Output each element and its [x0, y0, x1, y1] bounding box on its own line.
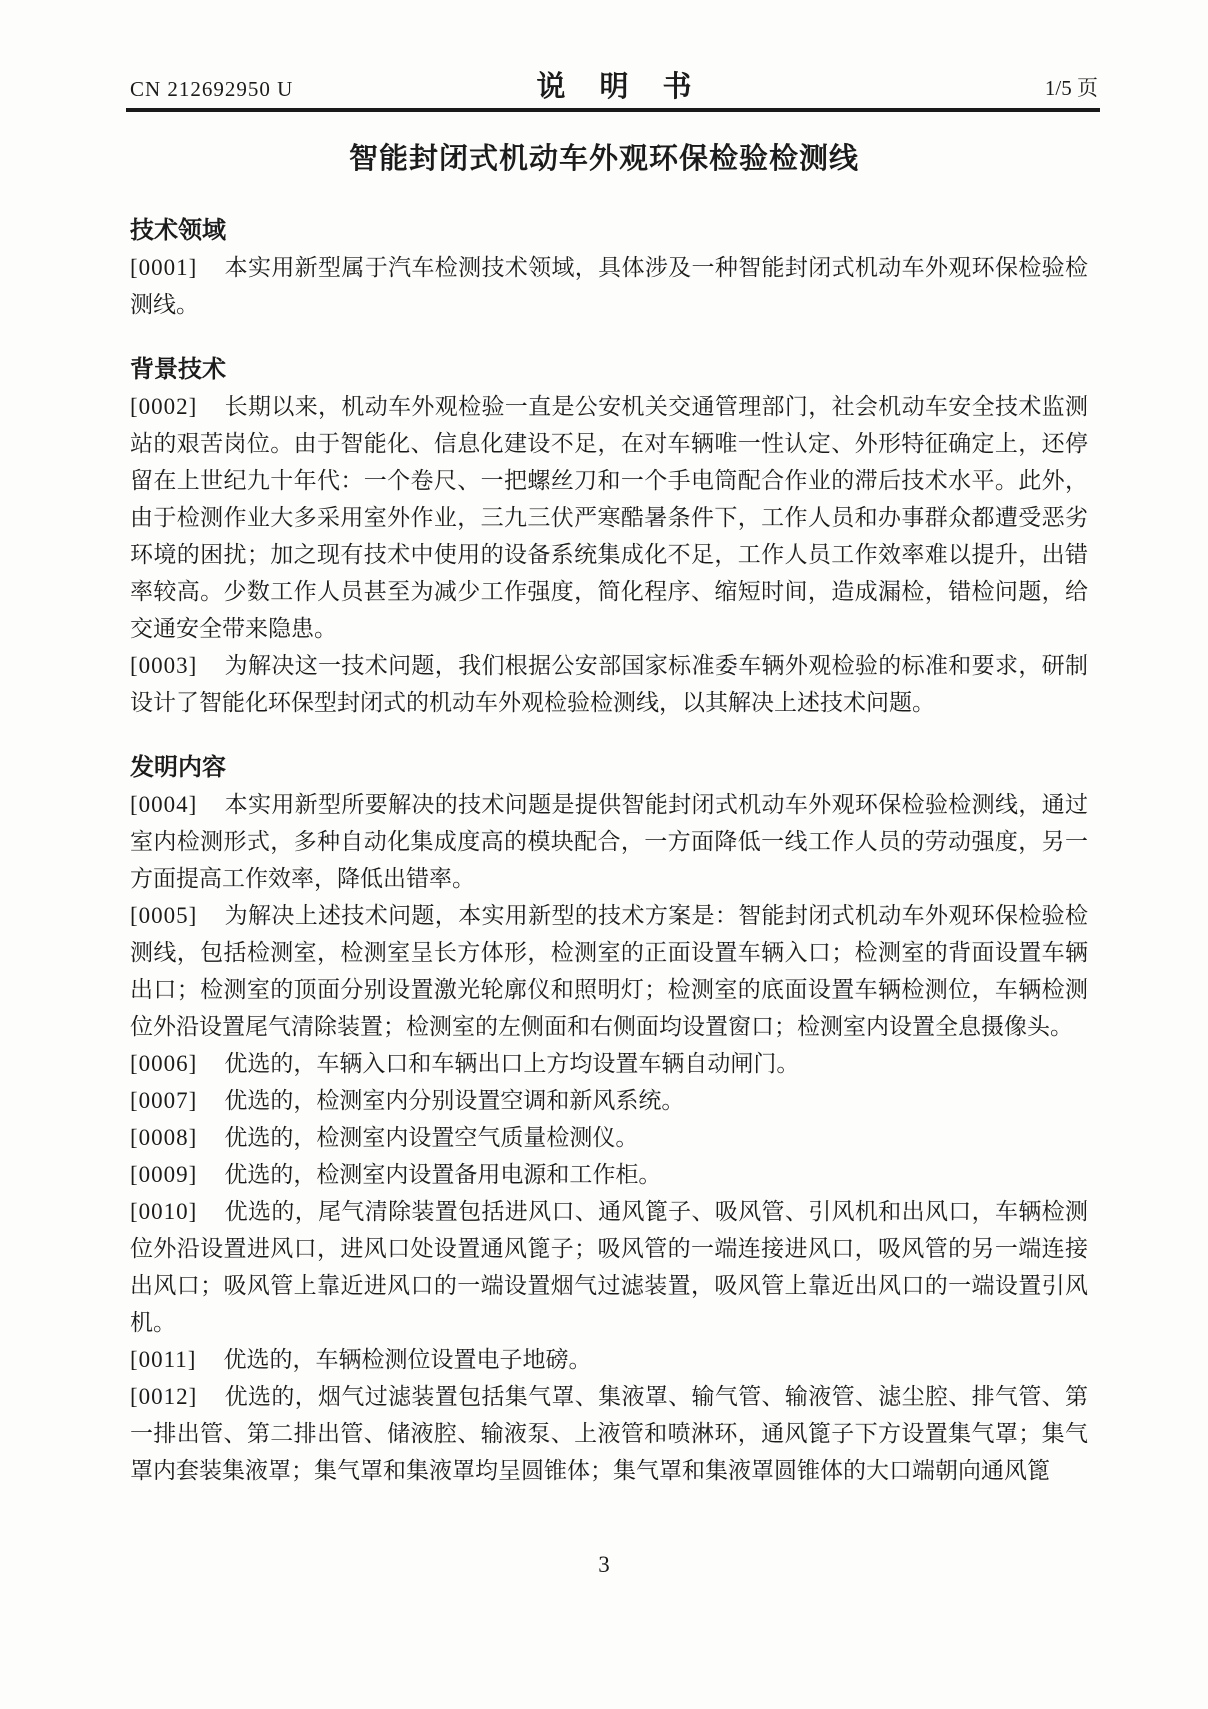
paragraph-text: 优选的，尾气清除装置包括进风口、通风篦子、吸风管、引风机和出风口，车辆检测位外沿… [130, 1199, 1088, 1335]
paragraph-text: 长期以来，机动车外观检验一直是公安机关交通管理部门，社会机动车安全技术监测站的艰… [130, 394, 1088, 641]
paragraph-number: [0011] [130, 1347, 196, 1372]
paragraph-number: [0007] [130, 1088, 197, 1113]
paragraph: [0010]优选的，尾气清除装置包括进风口、通风篦子、吸风管、引风机和出风口，车… [130, 1193, 1088, 1341]
paragraph-text: 为解决这一技术问题，我们根据公安部国家标准委车辆外观检验的标准和要求，研制设计了… [130, 653, 1088, 715]
paragraph: [0002]长期以来，机动车外观检验一直是公安机关交通管理部门，社会机动车安全技… [130, 388, 1088, 647]
paragraph-number: [0006] [130, 1051, 197, 1076]
paragraph-text: 优选的，检测室内设置备用电源和工作柜。 [224, 1162, 661, 1187]
paragraph-number: [0012] [130, 1384, 197, 1409]
header-rule [126, 108, 1100, 112]
page-number: 3 [598, 1552, 610, 1577]
paragraph-number: [0001] [130, 255, 197, 280]
paragraph-number: [0009] [130, 1162, 197, 1187]
section: 背景技术 [0002]长期以来，机动车外观检验一直是公安机关交通管理部门，社会机… [130, 351, 1088, 721]
section-body: [0004]本实用新型所要解决的技术问题是提供智能封闭式机动车外观环保检验检测线… [130, 786, 1088, 1489]
paragraph-number: [0002] [130, 394, 197, 419]
document-type-title: 说明书 [130, 64, 1098, 105]
paragraph-number: [0005] [130, 903, 197, 928]
paragraph-text: 优选的，检测室内设置空气质量检测仪。 [224, 1125, 638, 1150]
paragraph-number: [0003] [130, 653, 197, 678]
paragraph: [0009]优选的，检测室内设置备用电源和工作柜。 [130, 1156, 1088, 1193]
paragraph: [0011]优选的，车辆检测位设置电子地磅。 [130, 1341, 1088, 1378]
page-indicator: 1/5 页 [1045, 72, 1098, 102]
paragraph-text: 本实用新型属于汽车检测技术领域，具体涉及一种智能封闭式机动车外观环保检验检测线。 [130, 255, 1088, 317]
paragraph-text: 优选的，烟气过滤装置包括集气罩、集液罩、输气管、输液管、滤尘腔、排气管、第一排出… [130, 1384, 1088, 1483]
section: 技术领域 [0001]本实用新型属于汽车检测技术领域，具体涉及一种智能封闭式机动… [130, 212, 1088, 323]
page-header: CN 212692950 U 说明书 1/5 页 [130, 60, 1098, 104]
document-body: 技术领域 [0001]本实用新型属于汽车检测技术领域，具体涉及一种智能封闭式机动… [130, 212, 1088, 1489]
invention-title: 智能封闭式机动车外观环保检验检测线 [0, 136, 1208, 177]
paragraph-number: [0008] [130, 1125, 197, 1150]
patent-description-page: CN 212692950 U 说明书 1/5 页 智能封闭式机动车外观环保检验检… [0, 0, 1208, 1709]
paragraph-text: 优选的，车辆入口和车辆出口上方均设置车辆自动闸门。 [224, 1051, 799, 1076]
paragraph-number: [0004] [130, 792, 197, 817]
paragraph-text: 优选的，车辆检测位设置电子地磅。 [223, 1347, 591, 1372]
section: 发明内容 [0004]本实用新型所要解决的技术问题是提供智能封闭式机动车外观环保… [130, 749, 1088, 1489]
paragraph-number: [0010] [130, 1199, 197, 1224]
paragraph: [0003]为解决这一技术问题，我们根据公安部国家标准委车辆外观检验的标准和要求… [130, 647, 1088, 721]
paragraph-text: 优选的，检测室内分别设置空调和新风系统。 [224, 1088, 684, 1113]
page-footer: 3 [0, 1552, 1208, 1578]
paragraph: [0006]优选的，车辆入口和车辆出口上方均设置车辆自动闸门。 [130, 1045, 1088, 1082]
section-body: [0001]本实用新型属于汽车检测技术领域，具体涉及一种智能封闭式机动车外观环保… [130, 249, 1088, 323]
paragraph-text: 为解决上述技术问题，本实用新型的技术方案是：智能封闭式机动车外观环保检验检测线，… [130, 903, 1088, 1039]
section-heading: 技术领域 [130, 212, 1088, 249]
paragraph-text: 本实用新型所要解决的技术问题是提供智能封闭式机动车外观环保检验检测线，通过室内检… [130, 792, 1088, 891]
paragraph: [0007]优选的，检测室内分别设置空调和新风系统。 [130, 1082, 1088, 1119]
paragraph: [0005]为解决上述技术问题，本实用新型的技术方案是：智能封闭式机动车外观环保… [130, 897, 1088, 1045]
section-heading: 发明内容 [130, 749, 1088, 786]
section-heading: 背景技术 [130, 351, 1088, 388]
paragraph: [0012]优选的，烟气过滤装置包括集气罩、集液罩、输气管、输液管、滤尘腔、排气… [130, 1378, 1088, 1489]
paragraph: [0004]本实用新型所要解决的技术问题是提供智能封闭式机动车外观环保检验检测线… [130, 786, 1088, 897]
paragraph: [0008]优选的，检测室内设置空气质量检测仪。 [130, 1119, 1088, 1156]
section-body: [0002]长期以来，机动车外观检验一直是公安机关交通管理部门，社会机动车安全技… [130, 388, 1088, 721]
paragraph: [0001]本实用新型属于汽车检测技术领域，具体涉及一种智能封闭式机动车外观环保… [130, 249, 1088, 323]
